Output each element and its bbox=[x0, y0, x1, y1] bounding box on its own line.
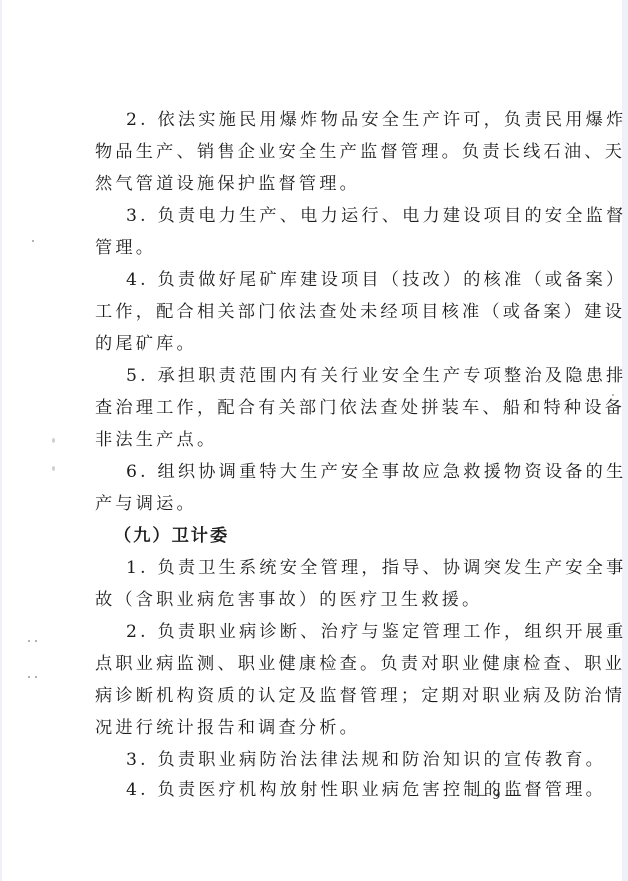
scan-speck bbox=[32, 240, 34, 242]
scan-speck bbox=[612, 394, 614, 396]
text-line: 查治理工作，配合有关部门依法查处拼装车、船和特种设备 bbox=[95, 397, 625, 419]
text-line: 4. 负责做好尾矿库建设项目（技改）的核准（或备案） bbox=[126, 269, 626, 291]
text-line: 的尾矿库。 bbox=[95, 333, 197, 355]
text-line: 4. 负责医疗机构放射性职业病危害控制的监督管理。 bbox=[126, 779, 606, 801]
text-line: 病诊断机构资质的认定及监督管理；定期对职业病及防治情 bbox=[95, 685, 625, 707]
scan-speck bbox=[52, 438, 55, 443]
text-line: 3. 负责电力生产、电力运行、电力建设项目的安全监督 bbox=[126, 205, 626, 227]
text-line: 物品生产、销售企业安全生产监督管理。负责长线石油、天 bbox=[95, 141, 625, 163]
text-line: 6. 组织协调重特大生产安全事故应急救援物资设备的生 bbox=[126, 461, 626, 483]
text-line: 故（含职业病危害事故）的医疗卫生救援。 bbox=[95, 589, 482, 611]
text-line: 然气管道设施保护监督管理。 bbox=[95, 173, 360, 195]
scan-speck bbox=[52, 466, 55, 471]
text-line: 2. 依法实施民用爆炸物品安全生产许可，负责民用爆炸 bbox=[126, 109, 626, 131]
section-heading: （九）卫计委 bbox=[114, 525, 229, 547]
text-line: 工作，配合相关部门依法查处未经项目核准（或备案）建设 bbox=[95, 301, 625, 323]
page-number: — 9 — bbox=[472, 787, 522, 804]
text-line: 2. 负责职业病诊断、治疗与鉴定管理工作，组织开展重 bbox=[126, 621, 626, 643]
scan-speck bbox=[28, 640, 30, 642]
scan-speck bbox=[35, 676, 37, 678]
scan-speck bbox=[35, 640, 37, 642]
text-line: 点职业病监测、职业健康检查。负责对职业健康检查、职业 bbox=[95, 653, 625, 675]
text-line: 5. 承担职责范围内有关行业安全生产专项整治及隐患排 bbox=[126, 365, 626, 387]
text-line: 3. 负责职业病防治法律法规和防治知识的宣传教育。 bbox=[126, 749, 606, 771]
text-line: 产与调运。 bbox=[95, 493, 197, 515]
document-page: 2. 依法实施民用爆炸物品安全生产许可，负责民用爆炸物品生产、销售企业安全生产监… bbox=[2, 0, 622, 881]
text-line: 管理。 bbox=[95, 237, 156, 259]
text-line: 况进行统计报告和调查分析。 bbox=[95, 717, 360, 739]
text-line: 1. 负责卫生系统安全管理，指导、协调突发生产安全事 bbox=[126, 557, 626, 579]
scan-speck bbox=[28, 676, 30, 678]
text-line: 非法生产点。 bbox=[95, 429, 217, 451]
